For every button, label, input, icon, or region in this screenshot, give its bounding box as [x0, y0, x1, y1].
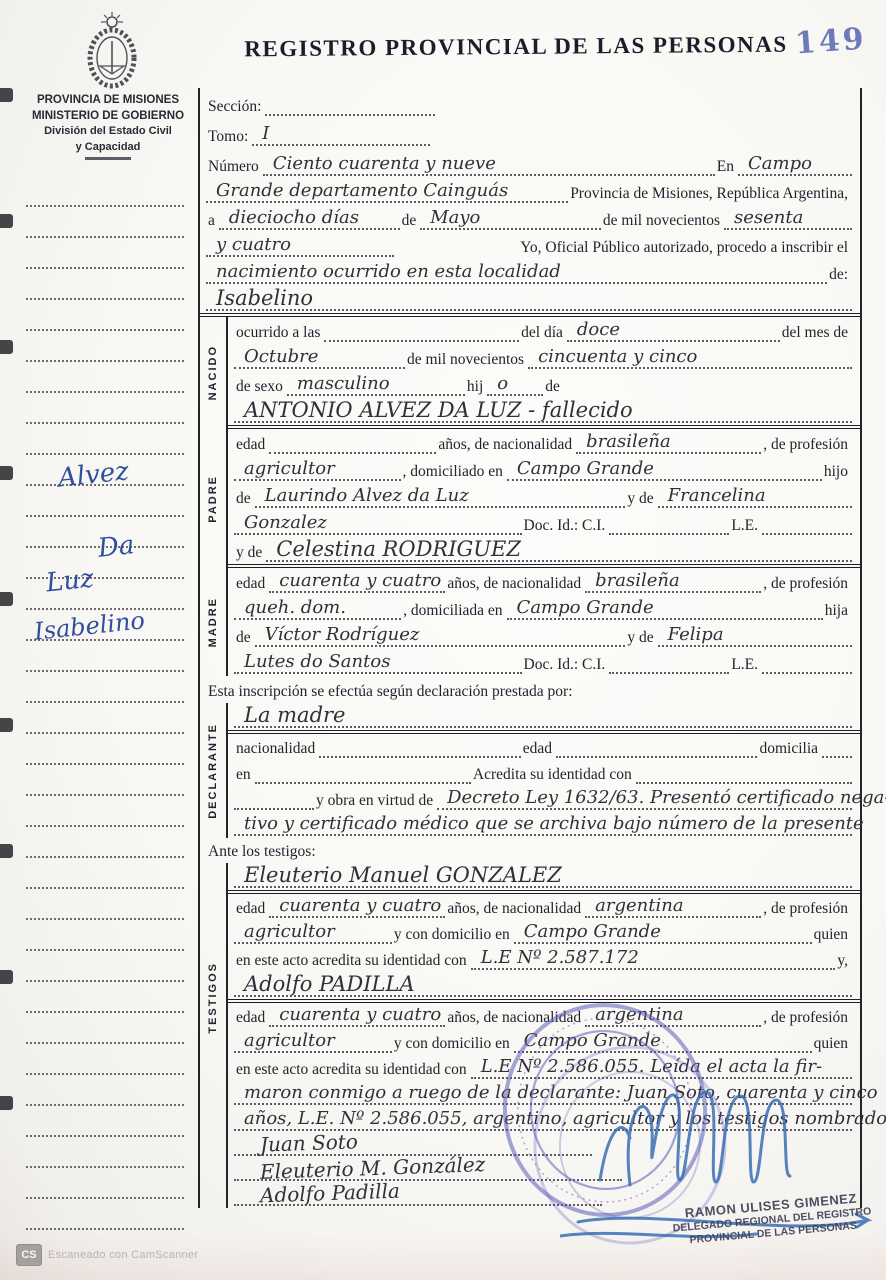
hijo-suffix-value: o [487, 375, 543, 396]
section-nacido: NACIDO ocurrido a las del día doce del m… [200, 317, 860, 429]
field-witness2-name: Adolfo PADILLA [228, 972, 860, 1003]
field-registered-name: Isabelino [200, 286, 860, 317]
blank-field [319, 742, 521, 758]
place-value-2: Grande departamento Cainguás [206, 182, 568, 203]
section-testigos: TESTIGOS Eleuterio Manuel GONZALEZ edad … [200, 863, 860, 1133]
witness2-profession-value: agricultor [234, 1032, 392, 1053]
day-value: dieciocho días [219, 209, 400, 230]
legal-basis-value-2: tivo y certificado médico que se archiva… [234, 815, 852, 836]
scan-edge-tint [0, 1234, 886, 1280]
blank-field [269, 438, 436, 454]
blank-field [636, 768, 852, 784]
maternal-grandfather-value: Víctor Rodríguez [255, 626, 626, 647]
field-legal-basis: y obra en virtud de Decreto Ley 1632/63.… [228, 786, 860, 812]
field-mother-docid: Lutes do Santos Doc. Id.: C.I. L.E. [228, 649, 860, 676]
witness1-domicile-value: Campo Grande [514, 923, 812, 944]
father-domicile-value: Campo Grande [507, 460, 822, 481]
field-witness2-nationality: edad cuarenta y cuatro años, de nacional… [228, 1003, 860, 1029]
agency-block: PROVINCIA DE MISIONES MINISTERIO DE GOBI… [22, 92, 194, 160]
signature-row: Eleuterio M. González [228, 1158, 860, 1183]
month-value: Mayo [420, 209, 601, 230]
field-father-profession: agricultor , domiciliado en Campo Grande… [228, 456, 860, 483]
witness1-name-value: Eleuterio Manuel GONZALEZ [234, 864, 852, 888]
birth-month-value: Octubre [234, 348, 405, 369]
blank-field [822, 742, 852, 758]
mother-profession-value: queh. dom. [234, 599, 401, 620]
form-body: Sección: Tomo: I Número Ciento cuarenta … [198, 88, 862, 1208]
field-witness1-nationality: edad cuarenta y cuatro años, de nacional… [228, 894, 860, 920]
father-nationality-value: brasileña [576, 433, 761, 454]
field-declarant-nationality: nacionalidad edad domicilia [228, 734, 860, 760]
mother-name-value: Celestina RODRIGUEZ [266, 538, 852, 562]
declaration-intro: Esta inscripción se efectúa según declar… [200, 676, 860, 703]
birth-day-value: doce [567, 321, 780, 342]
field-mother-nationality: edad cuarenta y cuatro años, de nacional… [228, 568, 860, 595]
mother-nationality-value: brasileña [585, 572, 761, 593]
blank-field [324, 326, 519, 342]
coat-of-arms-icon [70, 8, 154, 94]
field-witness2-id: en este acto acredita su identidad con L… [228, 1055, 860, 1081]
field-place2: Grande departamento Cainguás Provincia d… [200, 178, 860, 205]
agency-line: MINISTERIO DE GOBIERNO [22, 108, 194, 124]
field-birth-month-year: Octubre de mil novecientos cincuenta y c… [228, 344, 860, 371]
numero-value: Ciento cuarenta y nueve [263, 155, 715, 176]
place-value: Campo [738, 155, 852, 176]
blank-field [265, 100, 435, 116]
section-label-madre: MADRE [207, 597, 219, 647]
tomo-value: I [252, 125, 430, 146]
field-mother-parents: de Víctor Rodríguez y de Felipa [228, 622, 860, 649]
paternal-grandfather-value: Laurindo Alvez da Luz [255, 487, 626, 508]
witness1-id-value: L.E Nº 2.587.172 [471, 949, 836, 970]
margin-surname: Da [97, 530, 136, 564]
witness2-id-value: L.E Nº 2.586.055. Leída el acta la fir- [471, 1058, 852, 1079]
event-value: nacimiento ocurrido en esta localidad [206, 263, 827, 284]
legal-basis-value: Decreto Ley 1632/63. Presentó certificad… [437, 789, 852, 810]
field-witness1-domicile: agricultor y con domicilio en Campo Gran… [228, 920, 860, 946]
field-declarant: La madre [228, 703, 860, 734]
witness2-age-value: cuarenta y cuatro [269, 1006, 445, 1027]
field-numero: Número Ciento cuarenta y nueve En Campo [200, 148, 860, 178]
agency-line: y Capacidad [22, 140, 194, 155]
section-label-testigos: TESTIGOS [207, 962, 219, 1034]
maternal-grandmother-value-2: Lutes do Santos [234, 653, 522, 674]
closing-text-value-1: maron conmigo a ruego de la declarante: … [234, 1084, 852, 1105]
field-mother-profession: queh. dom. , domiciliada en Campo Grande… [228, 595, 860, 622]
field-seccion: Sección: [200, 88, 860, 118]
declarant-value: La madre [234, 704, 852, 728]
witnesses-intro: Ante los testigos: [200, 838, 860, 863]
section-padre: PADRE edad años, de nacionalidad brasile… [200, 429, 860, 568]
field-tomo: Tomo: I [200, 118, 860, 148]
agency-line: División del Estado Civil [22, 124, 194, 139]
mother-age-value: cuarenta y cuatro [269, 572, 445, 593]
paternal-grandmother-value: Francelina [658, 487, 852, 508]
year-value-1: sesenta [724, 209, 852, 230]
signature-block: Juan Soto Eleuterio M. González Adolfo P… [200, 1133, 860, 1208]
field-legal-basis-2: tivo y certificado médico que se archiva… [228, 812, 860, 838]
blank-field [762, 658, 852, 674]
blank-field [609, 658, 729, 674]
blank-field [234, 794, 314, 810]
registered-name-value: Isabelino [206, 287, 852, 311]
signature-adolfo-padilla: Adolfo Padilla [260, 1181, 401, 1207]
signature-row: Juan Soto [228, 1133, 860, 1158]
father-profession-value: agricultor [234, 460, 401, 481]
witness1-nationality-value: argentina [585, 897, 761, 918]
field-father-docid: Gonzalez Doc. Id.: C.I. L.E. [228, 510, 860, 537]
section-label-nacido: NACIDO [207, 345, 219, 400]
field-birth-time: ocurrido a las del día doce del mes de [228, 317, 860, 344]
field-witness2-domicile: agricultor y con domicilio en Campo Gran… [228, 1029, 860, 1055]
field-closing-2: años, L.E. Nº 2.586.055, argentino, agri… [228, 1107, 860, 1133]
blank-field [556, 742, 758, 758]
field-closing-1: maron conmigo a ruego de la declarante: … [228, 1081, 860, 1107]
field-sex: de sexo masculino hij o de [228, 371, 860, 398]
witness2-name-value: Adolfo PADILLA [234, 973, 852, 997]
signature-juan-soto: Juan Soto [260, 1131, 359, 1155]
agency-line: PROVINCIA DE MISIONES [22, 92, 194, 108]
mother-domicile-value: Campo Grande [507, 599, 823, 620]
sex-value: masculino [287, 375, 465, 396]
witness2-domicile-value: Campo Grande [514, 1032, 812, 1053]
section-declarante: DECLARANTE La madre nacionalidad edad do… [200, 703, 860, 838]
page-title: REGISTRO PROVINCIAL DE LAS PERSONAS [214, 31, 818, 62]
birth-year-value: cincuenta y cinco [528, 348, 852, 369]
field-father-parents: de Laurindo Alvez da Luz y de Francelina [228, 483, 860, 510]
field-event: nacimiento ocurrido en esta localidad de… [200, 259, 860, 286]
scanned-document: REGISTRO PROVINCIAL DE LAS PERSONAS 149 … [0, 0, 886, 1280]
margin-surname: Luz [45, 564, 96, 599]
witness2-nationality-value: argentina [585, 1006, 761, 1027]
section-label-declarante: DECLARANTE [207, 723, 219, 819]
field-year2: y cuatro Yo, Oficial Público autorizado,… [200, 232, 860, 259]
field-father-name: ANTONIO ALVEZ DA LUZ - fallecido [228, 398, 860, 429]
field-declarant-identity: en Acredita su identidad con [228, 760, 860, 786]
section-madre: MADRE edad cuarenta y cuatro años, de na… [200, 568, 860, 676]
section-label-padre: PADRE [207, 475, 219, 523]
agency-rule [85, 157, 131, 160]
witness1-profession-value: agricultor [234, 923, 392, 944]
father-name-value: ANTONIO ALVEZ DA LUZ - fallecido [234, 399, 852, 423]
field-father-nationality: edad años, de nacionalidad brasileña , d… [228, 429, 860, 456]
blank-field [609, 519, 729, 535]
margin-note-lines [26, 176, 184, 1230]
field-mother-name: y de Celestina RODRIGUEZ [228, 537, 860, 568]
paternal-grandmother-value-2: Gonzalez [234, 514, 522, 535]
folio-number-stamp: 149 [794, 22, 868, 62]
blank-field [762, 519, 852, 535]
witness1-age-value: cuarenta y cuatro [269, 897, 445, 918]
field-witness1-name: Eleuterio Manuel GONZALEZ [228, 863, 860, 894]
field-date: a dieciocho días de Mayo de mil novecien… [200, 205, 860, 232]
field-witness1-id: en este acto acredita su identidad con L… [228, 946, 860, 972]
closing-text-value-2: años, L.E. Nº 2.586.055, argentino, agri… [234, 1110, 852, 1131]
maternal-grandmother-value: Felipa [658, 626, 852, 647]
year-value-2: y cuatro [206, 236, 394, 257]
blank-field [255, 768, 471, 784]
